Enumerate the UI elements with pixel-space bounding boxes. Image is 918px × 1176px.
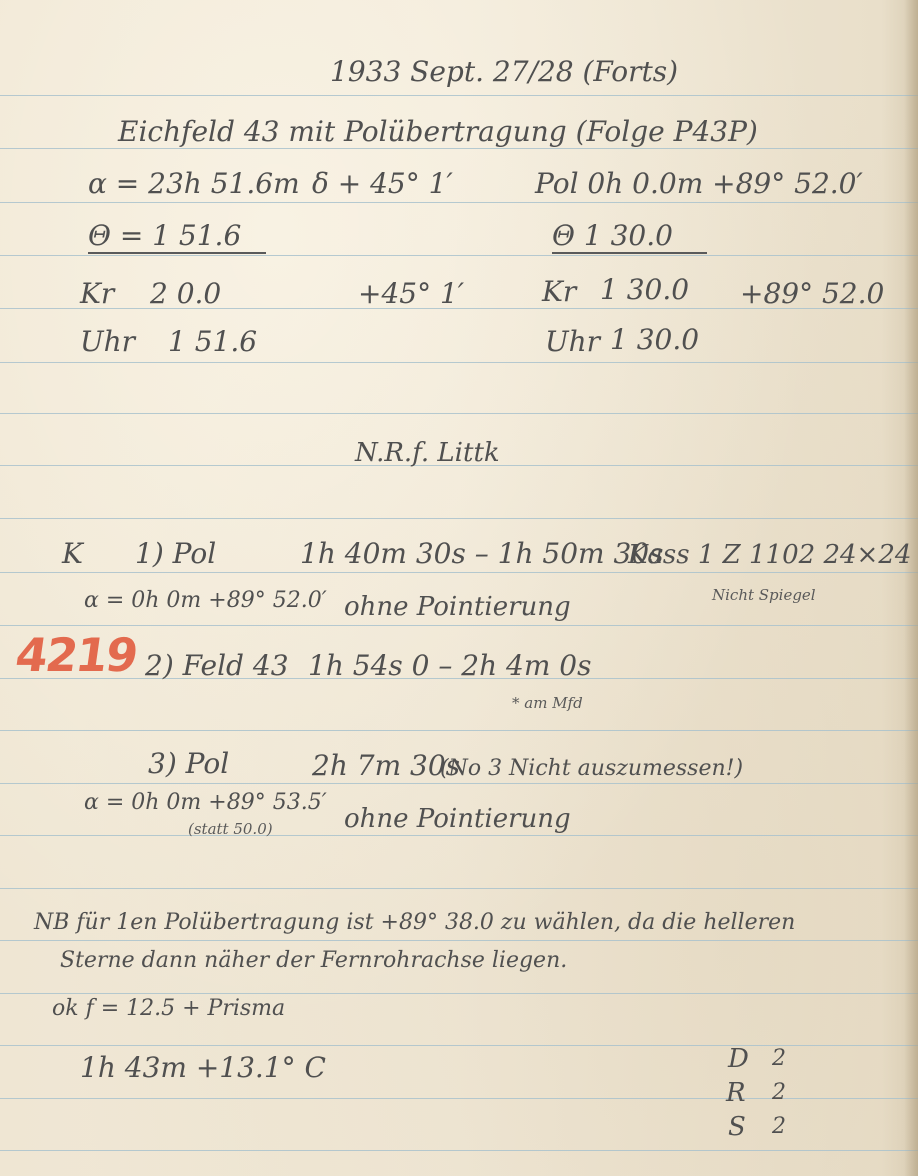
page-date: 1933 Sept. 27/28 (Forts)	[330, 58, 678, 86]
entry2-label: 2) Feld 43	[145, 652, 289, 680]
ruled-line	[0, 202, 918, 203]
page-edge-shadow	[904, 0, 918, 1176]
entry3-coords-note: (statt 50.0)	[188, 822, 273, 837]
entry2-time-range: 1h 54s 0 – 2h 4m 0s	[308, 652, 591, 680]
ruled-line	[0, 835, 918, 836]
pol-coords: Pol 0h 0.0m +89° 52.0′	[535, 170, 863, 198]
ruled-line	[0, 1150, 918, 1151]
field43-uhr-label: Uhr	[80, 328, 135, 356]
field43-alpha: α = 23h 51.6m	[88, 170, 300, 198]
field43-delta: δ + 45° 1′	[312, 170, 453, 198]
ruled-line	[0, 95, 918, 96]
ruled-line	[0, 362, 918, 363]
ok-note: ok f = 12.5 + Prisma	[52, 998, 285, 1020]
section-title: N.R.f. Littk	[355, 440, 500, 466]
pol-uhr-value: 1 30.0	[610, 326, 699, 354]
temperature-reading: 1h 43m +13.1° C	[80, 1054, 326, 1082]
entry1-note: ohne Pointierung	[344, 594, 571, 620]
field43-theta: Θ = 1 51.6	[88, 222, 266, 254]
pol-kr-value: 1 30.0	[600, 276, 689, 304]
ruled-line	[0, 148, 918, 149]
page-title: Eichfeld 43 mit Polübertragung (Folge P4…	[118, 118, 758, 146]
entry1-label: 1) Pol	[135, 540, 216, 568]
footnote-line1: NB für 1en Polübertragung ist +89° 38.0 …	[34, 912, 795, 934]
ruled-line	[0, 940, 918, 941]
entry3-coords: α = 0h 0m +89° 53.5′	[84, 792, 327, 814]
ruled-line	[0, 255, 918, 256]
field43-kr-value: 2 0.0	[150, 280, 221, 308]
pol-theta: Θ 1 30.0	[552, 222, 707, 254]
field43-kr-label: Kr	[80, 280, 114, 308]
tally-d-count: 2	[772, 1048, 786, 1070]
red-pencil-number: 4219	[13, 632, 139, 678]
ruled-line	[0, 572, 918, 573]
entry1-plate: Kass 1 Z 1102 24×24	[628, 542, 911, 568]
tally-r-count: 2	[772, 1082, 786, 1104]
entry1-time-range: 1h 40m 30s – 1h 50m 30s	[300, 540, 663, 568]
notebook-page: 1933 Sept. 27/28 (Forts) Eichfeld 43 mit…	[0, 0, 918, 1176]
tally-r-symbol: R	[726, 1080, 746, 1106]
ruled-line	[0, 888, 918, 889]
pol-uhr-label: Uhr	[545, 328, 600, 356]
entry3-label: 3) Pol	[148, 750, 229, 778]
ruled-line	[0, 730, 918, 731]
ruled-line	[0, 783, 918, 784]
entry3-remark: (No 3 Nicht auszumessen!)	[440, 758, 743, 780]
ruled-line	[0, 993, 918, 994]
field43-uhr-value: 1 51.6	[168, 328, 257, 356]
entry1-coords: α = 0h 0m +89° 52.0′	[84, 590, 327, 612]
entry2-note: * am Mfd	[512, 696, 583, 711]
field43-kr-dec: +45° 1′	[358, 280, 464, 308]
pol-kr-dec: +89° 52.0	[740, 280, 884, 308]
entry1-marker: K	[62, 540, 83, 568]
entry3-time-range: 2h 7m 30s	[312, 752, 460, 780]
footnote-line2: Sterne dann näher der Fernrohrachse lieg…	[60, 950, 567, 972]
pol-kr-label: Kr	[542, 278, 576, 306]
entry3-note: ohne Pointierung	[344, 806, 571, 832]
ruled-line	[0, 625, 918, 626]
tally-s-symbol: S	[728, 1114, 746, 1140]
entry1-side-note: Nicht Spiegel	[712, 588, 816, 603]
tally-d-symbol: D	[728, 1046, 749, 1072]
ruled-line	[0, 413, 918, 414]
tally-s-count: 2	[772, 1116, 786, 1138]
ruled-line	[0, 518, 918, 519]
